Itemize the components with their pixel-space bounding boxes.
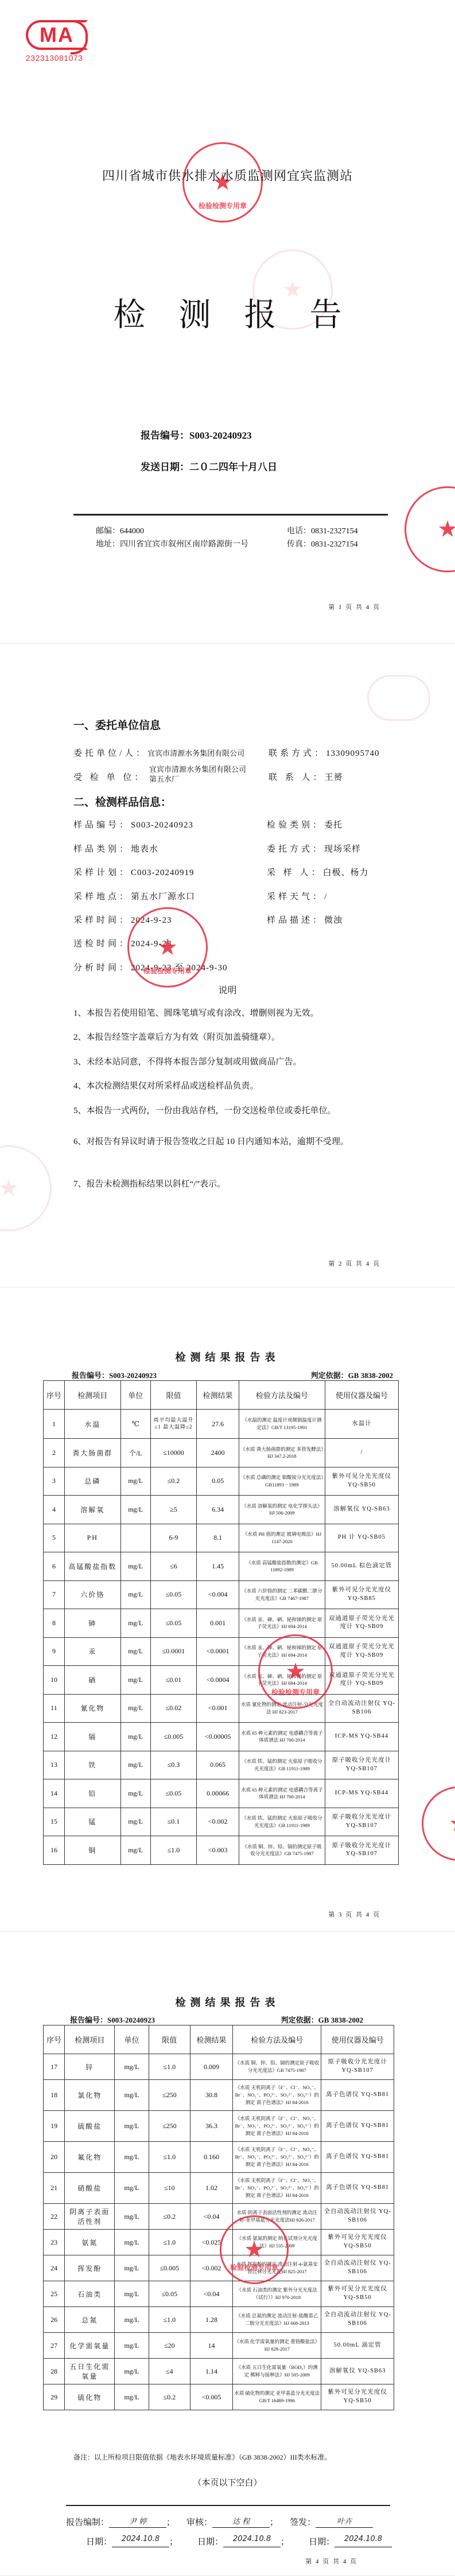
cell-method: 《水质 铁、锰的测定 火焰原子吸收分光光度法》GB 11911-1989 — [239, 1751, 325, 1779]
table-header-row: 序号 检测项目 单位 限值 检测结果 检验方法及编号 使用仪器及编号 — [44, 1381, 399, 1410]
field-weather: 采样天气：/ — [267, 890, 327, 902]
cell-method: 《水质 无机阴离子（F⁻、Cl⁻、NO₂⁻、Br⁻、NO₃⁻、PO₄³⁻、SO₃… — [233, 2111, 321, 2142]
cell-limit: ≤0.05 — [149, 2281, 190, 2307]
cell-method: 《水质 铜、锌、铅、镉的测定原子吸收分光光度法》GB 7475-1987 — [233, 2054, 321, 2080]
official-stamp: ★检验检测专用章 — [127, 907, 208, 988]
results-page-1: 检测结果报告表 报告编号：S003-20240923 判定依据：GB 3838-… — [0, 1287, 455, 1931]
table-row: 7六价铬mg/L≤0.05<0.004《水质 六价铬的测定 二苯碳酰二肼分光光度… — [44, 1580, 399, 1609]
cell-no: 4 — [44, 1496, 65, 1524]
cell-instrument: 离子色谱仪 YQ-SB81 — [321, 2111, 394, 2142]
cell-item: 氯化物 — [65, 2080, 115, 2111]
cell-limit: ≤250 — [149, 2111, 190, 2142]
cell-no: 27 — [44, 2333, 65, 2359]
cell-item: 氰化物 — [64, 1694, 120, 1723]
cell-item: 镉 — [64, 1723, 120, 1751]
cell-limit: ≤0.005 — [149, 2255, 190, 2281]
cell-unit: mg/L — [115, 2255, 149, 2281]
table-row: 19硫酸盐mg/L≤25036.3《水质 无机阴离子（F⁻、Cl⁻、NO₂⁻、B… — [44, 2111, 394, 2142]
cell-no: 28 — [44, 2359, 65, 2384]
cell-instrument: ICP-MS YQ-SB44 — [325, 1779, 398, 1808]
cell-instrument: 50.00mL 滴定管 — [321, 2333, 394, 2359]
report-number: 报告编号：S003-20240923 — [141, 427, 252, 442]
results-table-2: 序号 检测项目 单位 限值 检测结果 检验方法及编号 使用仪器及编号 17锌mg… — [43, 2025, 394, 2410]
cell-limit: 6-9 — [150, 1524, 196, 1552]
cell-method: 《水温的测定 温度计或颠倒温度计测定法》GB/T 13195-1991 — [239, 1410, 325, 1439]
cell-item: 硝酸盐 — [65, 2173, 115, 2204]
note-item: 5、本报告一式两份，一份由我站存档，一份交送检单位或委托单位。 — [73, 1105, 389, 1117]
cell-instrument: 全自动流动注射仪 YQ-SB106 — [321, 2307, 394, 2333]
field-inspection-type: 检验类别：委托 — [267, 818, 343, 830]
cell-instrument: 全自动流动注射仪 YQ-SB106 — [321, 2204, 394, 2230]
table-row: 15锰mg/L≤0.1<0.002《水质 铁、锰的测定 火焰原子吸收分光光度法》… — [44, 1808, 399, 1836]
cell-result: 30.8 — [190, 2080, 233, 2111]
cell-instrument: PH 计 YQ-SB05 — [325, 1524, 398, 1552]
cma-number: 232313081073 — [26, 53, 89, 63]
cell-instrument: 双通道原子荧光分光光度计 YQ-SB09 — [325, 1609, 398, 1638]
cell-method: 《水质 石油类的测定 紫外分光光度法（试行）》HJ 970-2018 — [233, 2281, 321, 2307]
table-row: 3总磷mg/L≤0.20.05《水质 总磷的测定 钼酸铵分光光度法》GB1189… — [44, 1467, 399, 1496]
signature-divider — [66, 2505, 390, 2506]
cell-item: 阴离子表面活性剂 — [65, 2204, 115, 2230]
table-row: 21硝酸盐mg/L≤101.02《水质 无机阴离子（F⁻、Cl⁻、NO₂⁻、Br… — [44, 2173, 394, 2204]
cell-method: 水质 65 种元素的测定 电感耦合等离子体质谱法 HJ 700-2014 — [239, 1779, 325, 1808]
cell-method: 《水质 化学需氧量的测定 重铬酸盐法》HJ 828-2017 — [233, 2333, 321, 2359]
table-row: 23氨氮mg/L≤1.0<0.025《水质 氨氮的测定 纳氏试剂分光光度法》HJ… — [44, 2230, 394, 2255]
cell-unit: mg/L — [115, 2384, 149, 2410]
cell-instrument: 50.00mL 棕色滴定管 — [325, 1552, 398, 1581]
cell-no: 15 — [44, 1808, 65, 1836]
cell-method: 水质 硫化物的测定 亚甲基蓝分光光度法 GB/T 16489-1996 — [233, 2384, 321, 2410]
cell-item: 氨氮 — [65, 2230, 115, 2255]
cell-unit: mg/L — [115, 2281, 149, 2307]
table-row: 18氯化物mg/L≤25030.8《水质 无机阴离子（F⁻、Cl⁻、NO₂⁻、B… — [44, 2080, 394, 2111]
cell-no: 22 — [44, 2204, 65, 2230]
cell-result: 36.3 — [190, 2111, 233, 2142]
cell-result: <0.002 — [197, 1808, 239, 1836]
page-number: 第 2 页 共 4 页 — [328, 1259, 380, 1268]
cell-result: 1.02 — [190, 2173, 233, 2204]
official-stamp: ★检验检测专用章 — [220, 2215, 289, 2284]
reviewer-date: 日期：2024.10.8； — [197, 2535, 289, 2547]
cell-unit: mg/L — [120, 1467, 150, 1496]
cell-item: 总磷 — [64, 1467, 120, 1496]
table-row: 25石油类mg/L≤0.05<0.04《水质 石油类的测定 紫外分光光度法（试行… — [44, 2281, 394, 2307]
fax: 传真：0831-2327154 — [287, 538, 358, 549]
cell-no: 1 — [44, 1410, 65, 1439]
field-sampler: 采 样 人：白极、杨力 — [267, 866, 369, 878]
table-row: 10硒mg/L≤0.01<0.0004《水质 汞、砷、硒、铋和锑的测定 原子荧光… — [44, 1666, 399, 1695]
cell-item: 砷 — [64, 1609, 120, 1638]
field-sampling-site: 采样地点：第五水厂源水口 — [73, 890, 195, 902]
table-row: 2粪大肠菌群个/L≤100002400《水质 粪大肠菌群的测定 多管发酵法》HJ… — [44, 1439, 399, 1467]
cell-instrument: 离子色谱仪 YQ-SB81 — [321, 2080, 394, 2111]
cover-page: MA 232313081073 ★ 检验检测专用章 四川省城市供水排水水质监测网… — [0, 0, 455, 643]
table-report-number: 报告编号：S003-20240923 — [72, 1369, 157, 1380]
results-table-title: 检测结果报告表 — [0, 1995, 455, 2009]
cell-item: 粪大肠菌群 — [64, 1439, 120, 1467]
section-client-info: 一、委托单位信息 — [73, 717, 161, 732]
table-row: 17锌mg/L≤1.00.009《水质 铜、锌、铅、镉的测定原子吸收分光光度法》… — [44, 2054, 394, 2080]
cell-unit: mg/L — [115, 2307, 149, 2333]
cell-no: 5 — [44, 1524, 65, 1552]
cell-item: 硫酸盐 — [65, 2111, 115, 2142]
cell-unit: 个/L — [120, 1439, 150, 1467]
cell-result: 8.1 — [197, 1524, 239, 1552]
cell-item: 锌 — [65, 2054, 115, 2080]
cell-method: 《水质 溶解氧的测定 电化学探头法》HJ 506-2009 — [239, 1496, 325, 1524]
cell-unit: mg/L — [120, 1808, 150, 1836]
field-sample-no: 样品编号：S003-20240923 — [73, 818, 193, 830]
cell-limit: ≤0.3 — [150, 1751, 196, 1779]
cell-instrument: 全自动流动注射仪 YQ-SB106 — [321, 2255, 394, 2281]
cell-method: 《水质 铜、锌、铅、镉的测定原子吸收分光光度法》GB 7475-1987 — [239, 1836, 325, 1865]
results-table-title: 检测结果报告表 — [0, 1349, 455, 1364]
cell-item: 挥发酚 — [65, 2255, 115, 2281]
compiler-date: 日期：2024.10.8； — [86, 2535, 178, 2547]
cell-unit: mg/L — [115, 2333, 149, 2359]
cell-instrument: 紫外可见分光光度仪 YQ-SB85 — [325, 1580, 398, 1609]
table-row: 20氟化物mg/L≤1.00.160《水质 无机阴离子（F⁻、Cl⁻、NO₂⁻、… — [44, 2142, 394, 2173]
phone: 电话：0831-2327154 — [287, 525, 358, 536]
cell-limit: ≤20 — [149, 2333, 190, 2359]
cell-limit: ≥5 — [150, 1496, 196, 1524]
cell-item: 石油类 — [65, 2281, 115, 2307]
cell-result: 1.14 — [190, 2359, 233, 2384]
cell-instrument: 溶解氧仪 YQ-SB63 — [325, 1496, 398, 1524]
cell-no: 12 — [44, 1723, 65, 1751]
page-number: 第 4 页 共 4 页 — [305, 2557, 357, 2566]
cell-item: 铜 — [64, 1836, 120, 1865]
cell-no: 2 — [44, 1439, 65, 1467]
cell-result: <0.00005 — [197, 1723, 239, 1751]
cell-instrument: 溶解氧仪 YQ-SB63 — [321, 2359, 394, 2384]
cell-result: <0.001 — [197, 1694, 239, 1723]
cell-limit: ≤0.05 — [150, 1609, 196, 1638]
table-row: 24挥发酚mg/L≤0.005<0.002水质 挥发酚的测定 流动注射-4-氨基… — [44, 2255, 394, 2281]
section-sample-info: 二、检测样品信息： — [73, 794, 172, 809]
field-sample-desc: 样品描述：微浊 — [267, 914, 343, 926]
cell-limit: ≤1.0 — [149, 2307, 190, 2333]
compiler-signature: 报告编制：尹 婷； — [66, 2515, 175, 2528]
footer-divider — [73, 514, 388, 516]
results-page-2: 检测结果报告表 报告编号：S003-20240923 判定依据：GB 3838-… — [0, 1931, 455, 2576]
cell-limit: ≤1.0 — [150, 1836, 196, 1865]
cell-item: 硫化物 — [65, 2384, 115, 2410]
cell-item: 五日生化需氧量 — [65, 2359, 115, 2384]
cell-method: 《水质 PH 值的测定 玻璃电极法》HJ 1147-2020 — [239, 1524, 325, 1552]
seam-stamp: ★ — [405, 486, 455, 572]
cell-unit: mg/L — [120, 1836, 150, 1865]
cell-limit: ≤1.0 — [149, 2230, 190, 2255]
cell-result: <0.0004 — [197, 1666, 239, 1695]
cell-no: 21 — [44, 2173, 65, 2204]
field-sample-type: 样品类别：地表水 — [73, 842, 158, 854]
cell-limit: ≤1.0 — [149, 2054, 190, 2080]
cell-method: 《水质 汞、砷、硒、铋和锑的测定 原子荧光法》HJ 694-2014 — [239, 1609, 325, 1638]
cell-item: 铅 — [64, 1779, 120, 1808]
cell-item: 溶解氧 — [64, 1496, 120, 1524]
cell-result: 0.001 — [197, 1609, 239, 1638]
cell-limit: ≤250 — [149, 2080, 190, 2111]
cell-instrument: 紫外可见分光光度仪 YQ-SB50 — [325, 1467, 398, 1496]
cell-result: 2400 — [197, 1439, 239, 1467]
cell-no: 29 — [44, 2384, 65, 2410]
cell-instrument: 原子吸收分光光度计 YQ-SB107 — [325, 1836, 398, 1865]
cell-result: <0.0001 — [197, 1637, 239, 1666]
address: 地址：四川省宜宾市叙州区南岸路源街一号 — [96, 538, 248, 549]
cell-limit: ≤0.2 — [150, 1467, 196, 1496]
cell-item: 锰 — [64, 1808, 120, 1836]
cell-method: 《水质 总磷的测定 钼酸铵分光光度法》GB11893－1989 — [239, 1467, 325, 1496]
cell-no: 6 — [44, 1552, 65, 1581]
table-row: 28五日生化需氧量mg/L≤41.14《水质 五日生化需氧量（BOD₅）的测定 … — [44, 2359, 394, 2384]
table-header-row: 序号 检测项目 单位 限值 检测结果 检验方法及编号 使用仪器及编号 — [44, 2025, 394, 2054]
page-number: 第 1 页 共 4 页 — [328, 602, 380, 611]
cell-item: 氟化物 — [65, 2142, 115, 2173]
cell-limit: 周平均最大温升≤1 最大温降≤2 — [150, 1410, 196, 1439]
cell-item: 硒 — [64, 1666, 120, 1695]
cell-method: 《水质 高锰酸盐指数的测定》GB 11892-1989 — [239, 1552, 325, 1581]
cell-no: 7 — [44, 1580, 65, 1609]
cell-instrument: 水温计 — [325, 1410, 398, 1439]
cell-limit: ≤0.0001 — [150, 1637, 196, 1666]
cell-result: 1.45 — [197, 1552, 239, 1581]
table-row: 27化学需氧量mg/L≤2014《水质 化学需氧量的测定 重铬酸盐法》HJ 82… — [44, 2333, 394, 2359]
cell-result: 0.160 — [190, 2142, 233, 2173]
cell-item: PH — [64, 1524, 120, 1552]
cma-mark: MA 232313081073 — [26, 20, 89, 63]
table-report-number: 报告编号：S003-20240923 — [70, 2014, 155, 2025]
note-item: 1、本报告若使用铅笔、圆珠笔填写或有涂改、增删则视为无效。 — [73, 1008, 389, 1020]
cell-instrument: 离子色谱仪 YQ-SB81 — [321, 2142, 394, 2173]
cell-instrument: 原子吸收分光光度计 YQ-SB107 — [325, 1808, 398, 1836]
field-commission-mode: 委托方式：现场采样 — [267, 842, 361, 854]
notes-title: 说明 — [0, 983, 455, 996]
cell-item: 汞 — [64, 1637, 120, 1666]
field-inspected-unit: 受 检 单 位： — [73, 771, 146, 783]
cell-result: <0.005 — [190, 2384, 233, 2410]
cell-no: 9 — [44, 1637, 65, 1666]
cell-method: 《水质 粪大肠菌群的测定 多管发酵法》HJ 347.2-2018 — [239, 1439, 325, 1467]
field-contact-person: 联 系 人：王赟 — [269, 771, 343, 783]
table-row: 1水温℃周平均最大温升≤1 最大温降≤227.6《水温的测定 温度计或颠倒温度计… — [44, 1410, 399, 1439]
table-row: 11氰化物mg/L≤0.02<0.001水质 氰化物的测定 流动注射-分光光度法… — [44, 1694, 399, 1723]
note-item: 3、未经本站同意，不得将本报告部分复制或用做商品广告。 — [73, 1056, 389, 1068]
cell-unit: ℃ — [120, 1410, 150, 1439]
cell-method: 《水质 无机阴离子（F⁻、Cl⁻、NO₂⁻、Br⁻、NO₃⁻、PO₄³⁻、SO₃… — [233, 2142, 321, 2173]
signature-row: 报告编制：尹 婷； 审核：达 程； 签发：叶卉 — [66, 2515, 393, 2528]
signature-date-row: 日期：2024.10.8； 日期：2024.10.8； 日期：2024.10.8 — [86, 2535, 413, 2547]
cell-instrument: 原子吸收分光光度计 YQ-SB107 — [321, 2054, 394, 2080]
cell-result: <0.04 — [190, 2281, 233, 2307]
cell-item: 六价铬 — [64, 1580, 120, 1609]
cell-limit: ≤0.01 — [150, 1666, 196, 1695]
page-number: 第 3 页 共 4 页 — [328, 1910, 380, 1919]
cell-method: 《水质 总氮的测定 流动注射-盐酸萘乙二胺分光光度法》HJ 668-2013 — [233, 2307, 321, 2333]
cell-item: 水温 — [64, 1410, 120, 1439]
cell-limit: ≤0.005 — [150, 1723, 196, 1751]
cell-unit — [120, 1524, 150, 1552]
cell-unit: mg/L — [120, 1552, 150, 1581]
cell-instrument: 紫外可见分光光度仪 YQ-SB50 — [321, 2281, 394, 2307]
table-row: 4溶解氧mg/L≥56.34《水质 溶解氧的测定 电化学探头法》HJ 506-2… — [44, 1496, 399, 1524]
cell-limit: ≤0.05 — [150, 1779, 196, 1808]
table-row: 6高锰酸盐指数mg/L≤61.45《水质 高锰酸盐指数的测定》GB 11892-… — [44, 1552, 399, 1581]
cell-no: 25 — [44, 2281, 65, 2307]
results-table-1: 序号 检测项目 单位 限值 检测结果 检验方法及编号 使用仪器及编号 1水温℃周… — [43, 1380, 399, 1865]
cell-no: 17 — [44, 2054, 65, 2080]
report-title: 检测报告 — [0, 290, 455, 335]
cell-no: 20 — [44, 2142, 65, 2173]
cell-instrument: 紫外可见分光光度仪 YQ-SB50 — [321, 2230, 394, 2255]
issuer-signature: 签发：叶卉 — [290, 2515, 373, 2528]
cell-no: 26 — [44, 2307, 65, 2333]
note-item: 6、对报告有异议时请于报告签收之日起 10 日内通知本站，逾期不受理。 — [73, 1130, 389, 1154]
cell-result: 6.34 — [197, 1496, 239, 1524]
cell-unit: mg/L — [120, 1580, 150, 1609]
issuer-date: 日期：2024.10.8 — [309, 2535, 392, 2547]
cell-instrument: 原子吸收分光光度计 YQ-SB107 — [325, 1751, 398, 1779]
cell-unit: mg/L — [115, 2080, 149, 2111]
cell-instrument: 双通道原子荧光分光光度计 YQ-SB09 — [325, 1637, 398, 1666]
cell-no: 14 — [44, 1779, 65, 1808]
cell-unit: mg/L — [120, 1637, 150, 1666]
cell-no: 13 — [44, 1751, 65, 1779]
cell-unit: mg/L — [115, 2230, 149, 2255]
cell-result: 14 — [190, 2333, 233, 2359]
cell-unit: mg/L — [120, 1723, 150, 1751]
cell-unit: mg/L — [115, 2054, 149, 2080]
cell-unit: mg/L — [115, 2142, 149, 2173]
blank-below-note: （本页以下空白） — [0, 2476, 455, 2488]
cell-unit: mg/L — [120, 1666, 150, 1695]
cell-result: 1.28 — [190, 2307, 233, 2333]
table-row: 13铁mg/L≤0.30.065《水质 铁、锰的测定 火焰原子吸收分光光度法》G… — [44, 1751, 399, 1779]
info-page: 一、委托单位信息 委托单位/人：宜宾市清源水务集团有限公司 联系方式：13309… — [0, 643, 455, 1287]
cell-limit: ≤10 — [149, 2173, 190, 2204]
cell-unit: mg/L — [120, 1496, 150, 1524]
cell-instrument: ICP-MS YQ-SB44 — [325, 1723, 398, 1751]
postcode: 邮编：644000 — [96, 525, 144, 536]
cell-no: 24 — [44, 2255, 65, 2281]
cell-result: <0.04 — [190, 2204, 233, 2230]
cell-no: 8 — [44, 1609, 65, 1638]
cell-item: 总氮 — [65, 2307, 115, 2333]
cell-unit: mg/L — [120, 1751, 150, 1779]
table-row: 9汞mg/L≤0.0001<0.0001《水质 汞、砷、硒、铋和锑的测定 原子荧… — [44, 1637, 399, 1666]
cell-unit: mg/L — [115, 2111, 149, 2142]
cell-result: 0.00066 — [197, 1779, 239, 1808]
cell-no: 11 — [44, 1694, 65, 1723]
cell-item: 高锰酸盐指数 — [64, 1552, 120, 1581]
reviewer-signature: 审核：达 程； — [186, 2515, 278, 2528]
cell-limit: ≤10000 — [150, 1439, 196, 1467]
cell-method: 《水质 铁、锰的测定 火焰原子吸收分光光度法》GB 11911-1989 — [239, 1808, 325, 1836]
cell-limit: ≤0.02 — [150, 1694, 196, 1723]
cell-unit: mg/L — [115, 2173, 149, 2204]
cell-limit: ≤0.1 — [150, 1808, 196, 1836]
cell-method: 《水质 无机阴离子（F⁻、Cl⁻、NO₂⁻、Br⁻、NO₃⁻、PO₄³⁻、SO₃… — [233, 2080, 321, 2111]
note-item: 2、本报告经签字盖章后方为有效（附页加盖骑缝章）。 — [73, 1032, 389, 1044]
cell-limit: ≤0.05 — [150, 1580, 196, 1609]
table-basis: 判定依据：GB 3838-2002 — [281, 2014, 363, 2025]
cell-unit: mg/L — [115, 2204, 149, 2230]
cell-instrument: 离子色谱仪 YQ-SB81 — [321, 2173, 394, 2204]
field-inspected-unit-value: 宜宾市清源水务集团有限公司 第五水厂 — [149, 765, 246, 784]
seam-stamp: ★ — [422, 1786, 455, 1861]
send-date: 发送日期：二０二四年十月八日 — [141, 459, 277, 473]
organization-name: 四川省城市供水排水水质监测网宜宾监测站 — [0, 166, 455, 184]
table-row: 12镉mg/L≤0.005<0.00005水质 65 种元素的测定 电感耦合等离… — [44, 1723, 399, 1751]
table-row: 29硫化物mg/L≤0.2<0.005水质 硫化物的测定 亚甲基蓝分光光度法 G… — [44, 2384, 394, 2410]
cell-item: 化学需氧量 — [65, 2333, 115, 2359]
cell-instrument: / — [325, 1439, 398, 1467]
cell-method: 《水质 无机阴离子（F⁻、Cl⁻、NO₂⁻、Br⁻、NO₃⁻、PO₄³⁻、SO₃… — [233, 2173, 321, 2204]
table-row: 26总氮mg/L≤1.01.28《水质 总氮的测定 流动注射-盐酸萘乙二胺分光光… — [44, 2307, 394, 2333]
cell-result: 0.05 — [197, 1467, 239, 1496]
table-row: 22阴离子表面活性剂mg/L≤0.2<0.04水质 阴离子表面活性剂的测定 流动… — [44, 2204, 394, 2230]
cell-result: 27.6 — [197, 1410, 239, 1439]
cell-instrument: 双通道原子荧光分光光度计 YQ-SB09 — [325, 1666, 398, 1695]
official-stamp: ★检验检测专用章 — [258, 1634, 333, 1709]
cell-method: 《水质 六价铬的测定 二苯碳酰二肼分光光度法》GB 7467-1987 — [239, 1580, 325, 1609]
table-row: 5PH6-98.1《水质 PH 值的测定 玻璃电极法》HJ 1147-2020P… — [44, 1524, 399, 1552]
table-row: 14铅mg/L≤0.050.00066水质 65 种元素的测定 电感耦合等离子体… — [44, 1779, 399, 1808]
cell-instrument: 紫外可见分光光度仪 YQ-SB50 — [321, 2384, 394, 2410]
field-contact-method: 联系方式：13309095740 — [269, 747, 380, 759]
cell-result: 0.065 — [197, 1751, 239, 1779]
cell-no: 3 — [44, 1467, 65, 1496]
faint-seam-stamp: ★ — [0, 1145, 52, 1231]
field-client: 委托单位/人：宜宾市清源水务集团有限公司 — [73, 747, 244, 759]
cell-no: 16 — [44, 1836, 65, 1865]
field-sampling-plan: 采样计划：C003-20240919 — [73, 866, 195, 878]
cell-result: 0.009 — [190, 2054, 233, 2080]
cell-unit: mg/L — [115, 2359, 149, 2384]
note-item: 7、报告未检测指标结果以斜杠“/”表示。 — [73, 1178, 389, 1191]
cell-no: 10 — [44, 1666, 65, 1695]
cell-unit: mg/L — [120, 1694, 150, 1723]
faint-cma-impression — [367, 675, 430, 721]
table-row: 8砷mg/L≤0.050.001《水质 汞、砷、硒、铋和锑的测定 原子荧光法》H… — [44, 1609, 399, 1638]
table-remark: 备注：以上所检项目限值依据《地表水环境质量标准》（GB 3838-2002）II… — [73, 2452, 332, 2462]
cell-item: 铁 — [64, 1751, 120, 1779]
note-item: 4、本次检测结果仅对所采样品或送检样品负责。 — [73, 1080, 389, 1092]
table-row: 16铜mg/L≤1.0<0.003《水质 铜、锌、铅、镉的测定原子吸收分光光度法… — [44, 1836, 399, 1865]
cell-no: 19 — [44, 2111, 65, 2142]
cell-unit: mg/L — [120, 1609, 150, 1638]
cell-result: <0.003 — [197, 1836, 239, 1865]
cell-limit: ≤4 — [149, 2359, 190, 2384]
cell-no: 23 — [44, 2230, 65, 2255]
cell-limit: ≤6 — [150, 1552, 196, 1581]
cma-logo-icon: MA — [26, 20, 88, 50]
cell-result: <0.004 — [197, 1580, 239, 1609]
cell-method: 水质 65 种元素的测定 电感耦合等离子体质谱法 HJ 700-2014 — [239, 1723, 325, 1751]
cell-limit: ≤0.2 — [149, 2204, 190, 2230]
cell-limit: ≤1.0 — [149, 2142, 190, 2173]
cell-limit: ≤0.2 — [149, 2384, 190, 2410]
table-basis: 判定依据：GB 3838-2002 — [311, 1369, 393, 1380]
cell-unit: mg/L — [120, 1779, 150, 1808]
cell-instrument: 全自动流动注射仪 YQ-SB106 — [325, 1694, 398, 1723]
cell-method: 《水质 五日生化需氧量（BOD₅）的测定 稀释与接种法》HJ 505-2009 — [233, 2359, 321, 2384]
cell-no: 18 — [44, 2080, 65, 2111]
